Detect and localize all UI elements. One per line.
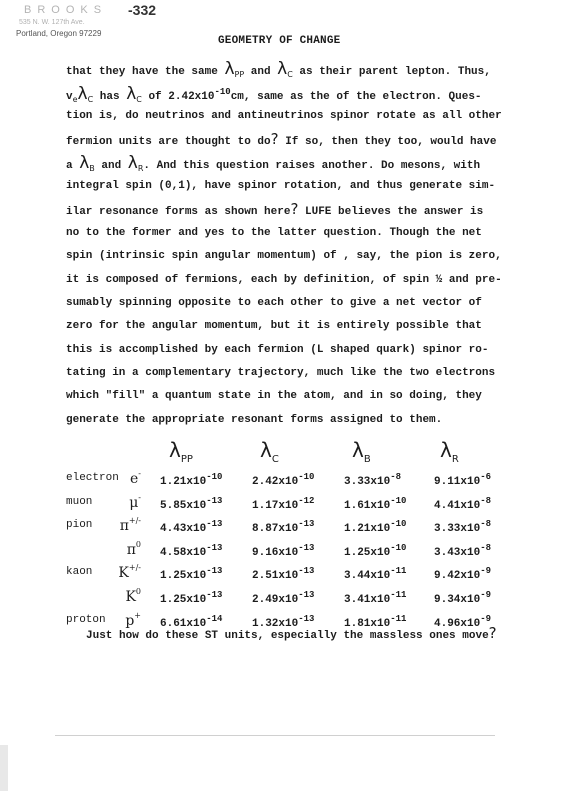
text-line: which "fill" a quantum state in the atom… xyxy=(66,385,546,408)
text-line: fermion units are thought to do? If so, … xyxy=(66,128,546,151)
closing-question-text: Just how do these ST units, especially t… xyxy=(86,630,489,642)
wavelength-value: 2.51x10-13 xyxy=(252,566,314,582)
line-text: a xyxy=(66,160,79,172)
line-text: . And this question raises another. Do m… xyxy=(143,160,480,172)
symbol: π xyxy=(120,518,129,534)
lambda-subscript: R xyxy=(452,454,459,465)
charge: 0 xyxy=(136,587,141,596)
exponent: -10 xyxy=(390,519,406,529)
mantissa: 9.42x10 xyxy=(434,570,480,582)
line-text: generate the appropriate resonant forms … xyxy=(66,414,442,426)
exponent: -9 xyxy=(480,590,491,600)
column-header: λB xyxy=(352,438,371,465)
charge: 0 xyxy=(136,540,141,549)
text-line: veλC has λC of 2.42x10-10cm, same as the… xyxy=(66,81,546,104)
line-text: it is composed of fermions, each by defi… xyxy=(66,274,502,286)
text-line: tating in a complementary trajectory, mu… xyxy=(66,362,546,385)
lambda-subscript: C xyxy=(272,454,279,465)
line-text: of 2.42x10 xyxy=(142,91,215,103)
lambda-symbol: λ xyxy=(277,59,287,79)
mantissa: 3.44x10 xyxy=(344,570,390,582)
exponent: -10 xyxy=(214,87,230,97)
exponent: -13 xyxy=(298,614,314,624)
wavelength-value: 9.11x10-6 xyxy=(434,472,491,488)
exponent: -11 xyxy=(390,614,406,624)
body-paragraph: that they have the same λPP and λC as th… xyxy=(66,58,546,432)
exponent: -13 xyxy=(298,566,314,576)
particle-symbol: π+/- xyxy=(111,516,141,534)
closing-question: Just how do these ST units, especially t… xyxy=(86,624,497,642)
mantissa: 2.51x10 xyxy=(252,570,298,582)
symbol: π xyxy=(127,542,136,558)
lambda-symbol: λ xyxy=(352,438,364,462)
page-number: -332 xyxy=(128,2,156,18)
wavelength-value: 4.41x10-8 xyxy=(434,496,491,512)
lambda-subscript: PP xyxy=(235,70,245,79)
text-line: ilar resonance forms as shown here? LUFE… xyxy=(66,198,546,221)
particle-symbol: π0 xyxy=(111,540,141,558)
wavelength-value: 9.34x10-9 xyxy=(434,590,491,606)
charge: +/- xyxy=(129,516,141,525)
mantissa: 1.17x10 xyxy=(252,500,298,512)
column-header: λR xyxy=(440,438,459,465)
wavelength-value: 1.21x10-10 xyxy=(344,519,406,535)
mantissa: 1.61x10 xyxy=(344,500,390,512)
particle-symbol: K+/- xyxy=(111,563,141,581)
scan-edge-shadow xyxy=(0,745,8,791)
mantissa: 4.58x10 xyxy=(160,547,206,559)
line-text: If so, then they too, would have xyxy=(279,136,497,148)
column-header: λPP xyxy=(169,438,193,465)
exponent: -13 xyxy=(206,496,222,506)
text-line: integral spin (0,1), have spinor rotatio… xyxy=(66,175,546,198)
wavelength-value: 3.33x10-8 xyxy=(344,472,401,488)
wavelength-value: 3.33x10-8 xyxy=(434,519,491,535)
page-title: GEOMETRY OF CHANGE xyxy=(218,35,340,47)
exponent: -13 xyxy=(298,590,314,600)
wavelength-value: 5.85x10-13 xyxy=(160,496,222,512)
text-line: it is composed of fermions, each by defi… xyxy=(66,269,546,292)
exponent: -8 xyxy=(480,496,491,506)
stamp-address: 535 N. W. 127th Ave. xyxy=(19,19,85,26)
wavelength-value: 4.58x10-13 xyxy=(160,543,222,559)
mantissa: 1.21x10 xyxy=(160,476,206,488)
wavelength-value: 1.17x10-12 xyxy=(252,496,314,512)
mantissa: 1.25x10 xyxy=(160,594,206,606)
exponent: -11 xyxy=(390,566,406,576)
text-line: that they have the same λPP and λC as th… xyxy=(66,58,546,81)
mantissa: 5.85x10 xyxy=(160,500,206,512)
mantissa: 9.11x10 xyxy=(434,476,480,488)
exponent: -8 xyxy=(390,472,401,482)
line-text: LUFE believes the answer is xyxy=(298,206,483,218)
mantissa: 3.33x10 xyxy=(344,476,390,488)
wavelength-value: 1.25x10-13 xyxy=(160,590,222,606)
exponent: -8 xyxy=(480,519,491,529)
exponent: -14 xyxy=(206,614,222,624)
symbol: K xyxy=(118,565,128,581)
exponent: -13 xyxy=(298,543,314,553)
particle-symbol: e- xyxy=(111,469,141,487)
wavelength-value: 3.44x10-11 xyxy=(344,566,406,582)
wavelength-value: 1.61x10-10 xyxy=(344,496,406,512)
mantissa: 3.43x10 xyxy=(434,547,480,559)
text-line: tion is, do neutrinos and antineutrinos … xyxy=(66,105,546,128)
lambda-symbol: λ xyxy=(79,153,89,173)
wavelength-value: 2.49x10-13 xyxy=(252,590,314,606)
text-line: this is accomplished by each fermion (L … xyxy=(66,339,546,362)
exponent: -10 xyxy=(390,496,406,506)
line-text: tion is, do neutrinos and antineutrinos … xyxy=(66,110,502,122)
lambda-symbol: λ xyxy=(224,59,234,79)
line-text: v xyxy=(66,91,73,103)
wavelength-value: 3.41x10-11 xyxy=(344,590,406,606)
lambda-symbol: λ xyxy=(128,153,138,173)
particle-name: muon xyxy=(66,496,92,508)
lambda-symbol: λ xyxy=(78,84,88,104)
wavelength-value: 3.43x10-8 xyxy=(434,543,491,559)
exponent: -8 xyxy=(480,543,491,553)
exponent: -10 xyxy=(298,472,314,482)
exponent: -13 xyxy=(206,590,222,600)
mantissa: 4.43x10 xyxy=(160,523,206,535)
line-text: of the electron. Ques- xyxy=(336,91,481,103)
wavelength-value: 2.42x10-10 xyxy=(252,472,314,488)
line-text: spin (intrinsic spin angular momentum) o… xyxy=(66,250,502,262)
mantissa: 4.41x10 xyxy=(434,500,480,512)
column-header: λC xyxy=(260,438,279,465)
text-line: generate the appropriate resonant forms … xyxy=(66,409,546,432)
exponent: -13 xyxy=(298,519,314,529)
exponent: -10 xyxy=(206,472,222,482)
line-text: and xyxy=(95,160,128,172)
page-fold-line xyxy=(55,735,495,736)
exponent: -13 xyxy=(206,519,222,529)
line-text: cm, same as the xyxy=(231,91,337,103)
line-text: integral spin (0,1), have spinor rotatio… xyxy=(66,180,495,192)
symbol: K xyxy=(125,589,135,605)
exponent: -9 xyxy=(480,566,491,576)
question-mark: ? xyxy=(271,130,279,148)
exponent: -13 xyxy=(206,543,222,553)
line-text: and xyxy=(244,66,277,78)
charge: - xyxy=(138,493,141,502)
mantissa: 9.34x10 xyxy=(434,594,480,606)
lambda-subscript: B xyxy=(364,454,371,465)
charge: +/- xyxy=(129,563,141,572)
line-text: fermion units are thought to do xyxy=(66,136,271,148)
particle-name: pion xyxy=(66,519,92,531)
exponent: -13 xyxy=(206,566,222,576)
mantissa: 1.21x10 xyxy=(344,523,390,535)
mantissa: 9.16x10 xyxy=(252,547,298,559)
stamp-name: BROOKS xyxy=(24,4,107,16)
exponent: -10 xyxy=(390,543,406,553)
line-text: that they have the same xyxy=(66,66,224,78)
question-mark: ? xyxy=(489,624,497,642)
lambda-subscript: PP xyxy=(181,454,193,465)
mantissa: 1.25x10 xyxy=(344,547,390,559)
line-text: sumably spinning opposite to each other … xyxy=(66,297,482,309)
wavelength-value: 1.25x10-13 xyxy=(160,566,222,582)
text-line: spin (intrinsic spin angular momentum) o… xyxy=(66,245,546,268)
mantissa: 3.33x10 xyxy=(434,523,480,535)
exponent: -11 xyxy=(390,590,406,600)
exponent: -12 xyxy=(298,496,314,506)
wavelength-value: 1.25x10-10 xyxy=(344,543,406,559)
text-line: zero for the angular momentum, but it is… xyxy=(66,315,546,338)
wavelength-value: 9.16x10-13 xyxy=(252,543,314,559)
text-line: a λB and λR. And this question raises an… xyxy=(66,152,546,175)
line-text: which "fill" a quantum state in the atom… xyxy=(66,390,482,402)
exponent: -9 xyxy=(480,614,491,624)
stamp-city: Portland, Oregon 97229 xyxy=(16,29,101,38)
line-text: has xyxy=(93,91,126,103)
wavelength-value: 1.21x10-10 xyxy=(160,472,222,488)
text-line: sumably spinning opposite to each other … xyxy=(66,292,546,315)
lambda-symbol: λ xyxy=(126,84,136,104)
particle-symbol: μ- xyxy=(111,493,141,511)
mantissa: 3.41x10 xyxy=(344,594,390,606)
charge: - xyxy=(138,469,141,478)
line-text: zero for the angular momentum, but it is… xyxy=(66,320,482,332)
lambda-symbol: λ xyxy=(440,438,452,462)
line-text: no to the former and yes to the latter q… xyxy=(66,227,482,239)
mantissa: 2.42x10 xyxy=(252,476,298,488)
mantissa: 8.87x10 xyxy=(252,523,298,535)
wavelength-value: 9.42x10-9 xyxy=(434,566,491,582)
line-text: ilar resonance forms as shown here xyxy=(66,206,290,218)
text-line: no to the former and yes to the latter q… xyxy=(66,222,546,245)
particle-name: kaon xyxy=(66,566,92,578)
lambda-symbol: λ xyxy=(169,438,181,462)
lambda-symbol: λ xyxy=(260,438,272,462)
particle-symbol: K0 xyxy=(111,587,141,605)
exponent: -6 xyxy=(480,472,491,482)
mantissa: 1.25x10 xyxy=(160,570,206,582)
charge: + xyxy=(134,611,141,620)
mantissa: 2.49x10 xyxy=(252,594,298,606)
wavelength-value: 8.87x10-13 xyxy=(252,519,314,535)
wavelength-value: 4.43x10-13 xyxy=(160,519,222,535)
line-text: tating in a complementary trajectory, mu… xyxy=(66,367,495,379)
symbol: μ xyxy=(129,495,138,511)
line-text: this is accomplished by each fermion (L … xyxy=(66,344,488,356)
line-text: as their parent lepton. Thus, xyxy=(293,66,491,78)
